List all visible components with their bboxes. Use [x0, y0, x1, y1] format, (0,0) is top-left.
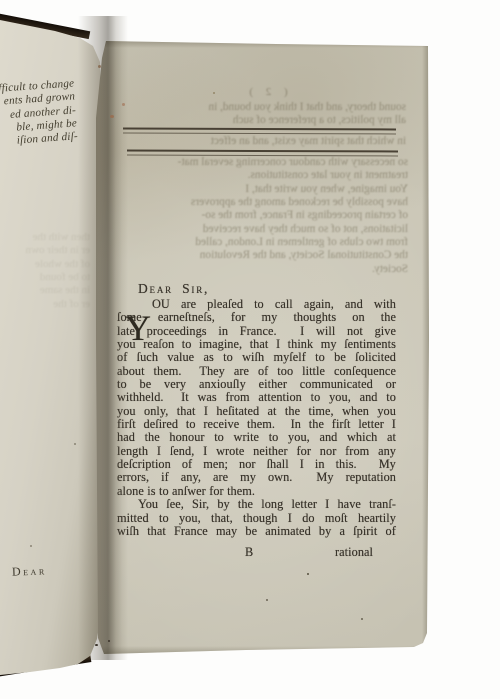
signature-mark: B	[245, 545, 253, 560]
salutation: Dear Sir,	[138, 281, 396, 296]
text-line: sound theory, and that I think you bound…	[118, 101, 406, 114]
text-line: all my politics, to a preference of such	[118, 114, 406, 127]
text-line: then with the	[2, 230, 90, 243]
foxing-speck	[307, 573, 309, 575]
text-line: licitations, not of so much they have re…	[116, 223, 408, 236]
text-line: treatment in your late constitutions.	[116, 169, 408, 182]
text-line: OUarepleaſedtocallagain,andwith	[117, 297, 396, 310]
letter-text-block: Dear Sir, Y OUarepleaſedtocallagain,andw…	[117, 281, 396, 559]
showthrough-between-rules: in which that spirit may exist, and an e…	[118, 135, 406, 148]
text-line: withheld.Itwasfromattentiontoyou,andto	[117, 390, 396, 403]
text-line: lengthIſend,Iwroteneitherfornorfromany	[117, 444, 396, 457]
page-shading	[96, 646, 430, 654]
signature-row: B rational	[117, 545, 396, 559]
catchword: rational	[335, 545, 373, 560]
text-line: firſtdeſiredtoreceivethem.Inthefirſtlett…	[117, 417, 396, 430]
book-photo: fficult to changeents had growned anothe…	[0, 0, 500, 699]
left-page-showthrough: then with theer in their ownof the whole…	[2, 230, 90, 310]
foxing-speck	[98, 65, 101, 68]
text-line: aloneistoanſwerforthem.	[117, 484, 396, 497]
foxing-speck	[95, 644, 98, 646]
left-page-catchword: Dear	[12, 563, 47, 579]
text-line: of the whole	[2, 257, 90, 270]
text-line: ofſuchvalueastowiſhmyſelftobeſolicited	[117, 350, 396, 363]
text-line: the Constitutional Society, and the Revo…	[116, 249, 408, 262]
text-line: ſomeearneſtneſs,formythoughtsonthe	[117, 310, 396, 323]
text-line: hadthehonourtowritetoyou,andwhichat	[117, 430, 396, 443]
text-line: wiſhthatFrancemaybeanimatedbyaſpiritof	[117, 524, 396, 537]
foxing-speck	[266, 599, 268, 601]
foxing-speck	[122, 103, 125, 106]
right-page: ( 2 ) sound theory, and that I think you…	[96, 38, 430, 654]
text-line: from two clubs of gentlemen in London, c…	[116, 236, 408, 249]
text-line: mittedtoyou,that,thoughIdomoſtheartily	[117, 511, 396, 524]
text-line: in which that spirit may exist, and an e…	[118, 135, 406, 148]
text-line: youonly,thatIheſitatedatthetime,whenyou	[117, 404, 396, 417]
foxing-speck	[213, 92, 215, 94]
showthrough-above-rule: sound theory, and that I think you bound…	[118, 101, 406, 128]
text-line: aboutthem.Theyareoftoolittleconſequence	[117, 364, 396, 377]
text-line: errors,ifany,aremyown.Myreputation	[117, 470, 396, 483]
text-line: in the same	[2, 283, 90, 296]
text-line: so necessary with candour concerning sev…	[116, 156, 408, 169]
drop-cap: Y	[125, 310, 151, 346]
text-line: er in their own	[2, 243, 90, 256]
printed-double-rule-top	[123, 128, 396, 135]
text-line: er of the	[2, 297, 90, 310]
text-line: to be found	[2, 270, 90, 283]
text-line: Youſee,Sir,bythelongletterIhavetranſ-	[117, 497, 396, 510]
left-page: fficult to changeents had growned anothe…	[0, 14, 110, 676]
text-line: Society.	[116, 263, 408, 276]
page-number-showthrough: ( 2 )	[166, 86, 366, 98]
foxing-speck	[108, 640, 110, 642]
foxing-speck	[361, 618, 363, 620]
left-page-text-fragments: fficult to changeents had growned anothe…	[0, 75, 78, 147]
foxing-speck	[74, 443, 76, 445]
text-line: youreaſontoimagine,thatIthinkmyſentiment…	[117, 337, 396, 350]
text-line: You imagine, when you write that, I	[116, 183, 408, 196]
text-line: have possibly be reckoned among the appr…	[116, 196, 408, 209]
page-shading	[422, 38, 430, 654]
showthrough-paragraph: so necessary with candour concerning sev…	[116, 156, 408, 276]
foxing-speck	[110, 115, 114, 118]
text-line: tobeveryanxiouſlyeithercommunicatedor	[117, 377, 396, 390]
text-line: deſcriptionofmen;norſhallIinthis.My	[117, 457, 396, 470]
text-line: of certain proceedings in France, from t…	[116, 209, 408, 222]
letter-paragraph-1: Y OUarepleaſedtocallagain,andwithſomeear…	[117, 297, 396, 497]
letter-paragraph-2: Youſee,Sir,bythelongletterIhavetranſ-mit…	[117, 497, 396, 537]
page-shading	[96, 38, 430, 48]
text-line: lateproceedingsinFrance.Iwillnotgive	[117, 324, 396, 337]
foxing-speck	[30, 545, 32, 547]
